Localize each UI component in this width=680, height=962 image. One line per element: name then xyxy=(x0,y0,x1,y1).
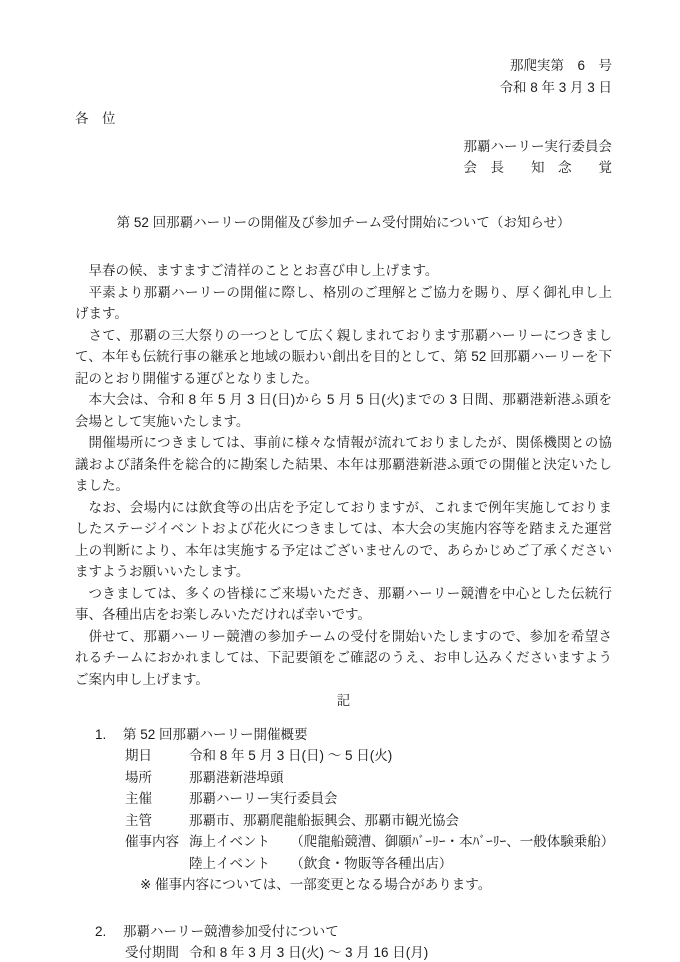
paragraph: 併せて、那覇ハーリー競漕の参加チームの受付を開始いたしますので、参加を希望される… xyxy=(75,626,612,691)
body-paragraphs: 早春の候、ますますご清祥のこととお喜び申し上げます。平素より那覇ハーリーの開催に… xyxy=(75,260,612,690)
detail-label: 場所 xyxy=(125,767,189,789)
paragraph: なお、会場内には飲食等の出店を予定しておりますが、これまで例年実施しておりました… xyxy=(75,497,612,583)
section-heading: 1.第 52 回那覇ハーリー開催概要 xyxy=(75,724,612,746)
section-heading: 2.那覇ハーリー競漕参加受付について xyxy=(75,921,612,943)
section-number: 2. xyxy=(95,921,123,943)
detail-value: 那覇ハーリー実行委員会 xyxy=(189,788,612,810)
detail-value: 令和 8 年 3 月 3 日(火) ～ 3 月 16 日(月) xyxy=(189,942,612,962)
paragraph: つきましては、多くの皆様にご来場いただき、那覇ハーリー競漕を中心とした伝統行事、… xyxy=(75,583,612,626)
detail-value: 海上イベント （爬龍船競漕、御願ﾊﾞｰﾘｰ・本ﾊﾞｰﾘｰ、一般体験乗船） xyxy=(189,831,612,853)
detail-row: 場所那覇港新港埠頭 xyxy=(125,767,612,789)
section: 2.那覇ハーリー競漕参加受付について受付期間令和 8 年 3 月 3 日(火) … xyxy=(75,921,612,962)
section-number: 1. xyxy=(95,724,123,746)
detail-label: 催事内容 xyxy=(125,831,189,853)
detail-value: 陸上イベント （飲食・物販等各種出店） xyxy=(189,853,612,875)
paragraph: 本大会は、令和 8 年 5 月 3 日(日)から 5 月 5 日(火)までの 3… xyxy=(75,389,612,432)
section-rows: 期日令和 8 年 5 月 3 日(日) ～ 5 日(火)場所那覇港新港埠頭主催那… xyxy=(125,745,612,874)
paragraph: 開催場所につきましては、事前に様々な情報が流れておりましたが、関係機関との協議お… xyxy=(75,432,612,497)
paragraph: 平素より那覇ハーリーの開催に際し、格別のご理解とご協力を賜り、厚く御礼申し上げま… xyxy=(75,282,612,325)
detail-value: 那覇港新港埠頭 xyxy=(189,767,612,789)
detail-row: 陸上イベント （飲食・物販等各種出店） xyxy=(125,853,612,875)
detail-label: 主管 xyxy=(125,810,189,832)
detail-label: 受付期間 xyxy=(125,942,189,962)
detail-row: 受付期間令和 8 年 3 月 3 日(火) ～ 3 月 16 日(月) xyxy=(125,942,612,962)
detail-value: 令和 8 年 5 月 3 日(日) ～ 5 日(火) xyxy=(189,745,612,767)
section-note: ※ 催事内容については、一部変更となる場合があります。 xyxy=(140,874,612,896)
detail-row: 催事内容海上イベント （爬龍船競漕、御願ﾊﾞｰﾘｰ・本ﾊﾞｰﾘｰ、一般体験乗船） xyxy=(125,831,612,853)
section: 1.第 52 回那覇ハーリー開催概要期日令和 8 年 5 月 3 日(日) ～ … xyxy=(75,724,612,896)
section-title: 第 52 回那覇ハーリー開催概要 xyxy=(123,724,308,746)
detail-value: 那覇市、那覇爬龍船振興会、那覇市観光協会 xyxy=(189,810,612,832)
document-header: 那爬実第 6 号 令和 8 年 3 月 3 日 xyxy=(75,55,612,98)
doc-date: 令和 8 年 3 月 3 日 xyxy=(75,77,612,99)
addressee: 各 位 xyxy=(75,108,612,130)
paragraph: さて、那覇の三大祭りの一つとして広く親しまれております那覇ハーリーにつきまして、… xyxy=(75,325,612,390)
detail-row: 主管那覇市、那覇爬龍船振興会、那覇市観光協会 xyxy=(125,810,612,832)
sections: 1.第 52 回那覇ハーリー開催概要期日令和 8 年 5 月 3 日(日) ～ … xyxy=(75,724,612,962)
detail-row: 期日令和 8 年 5 月 3 日(日) ～ 5 日(火) xyxy=(125,745,612,767)
detail-row: 主催那覇ハーリー実行委員会 xyxy=(125,788,612,810)
sender-name: 会 長 知 念 覚 xyxy=(464,157,613,179)
document-title: 第 52 回那覇ハーリーの開催及び参加チーム受付開始について（お知らせ） xyxy=(75,212,612,234)
document-page: 那爬実第 6 号 令和 8 年 3 月 3 日 各 位 那覇ハーリー実行委員会 … xyxy=(0,0,680,962)
sender-organization: 那覇ハーリー実行委員会 xyxy=(464,136,613,158)
detail-label: 主催 xyxy=(125,788,189,810)
detail-label: 期日 xyxy=(125,745,189,767)
paragraph: 早春の候、ますますご清祥のこととお喜び申し上げます。 xyxy=(75,260,612,282)
sender-block: 那覇ハーリー実行委員会 会 長 知 念 覚 xyxy=(75,136,612,179)
doc-number: 那爬実第 6 号 xyxy=(75,55,612,77)
record-mark: 記 xyxy=(75,690,612,712)
section-rows: 受付期間令和 8 年 3 月 3 日(火) ～ 3 月 16 日(月) xyxy=(125,942,612,962)
section-title: 那覇ハーリー競漕参加受付について xyxy=(123,921,339,943)
detail-label xyxy=(125,853,189,875)
